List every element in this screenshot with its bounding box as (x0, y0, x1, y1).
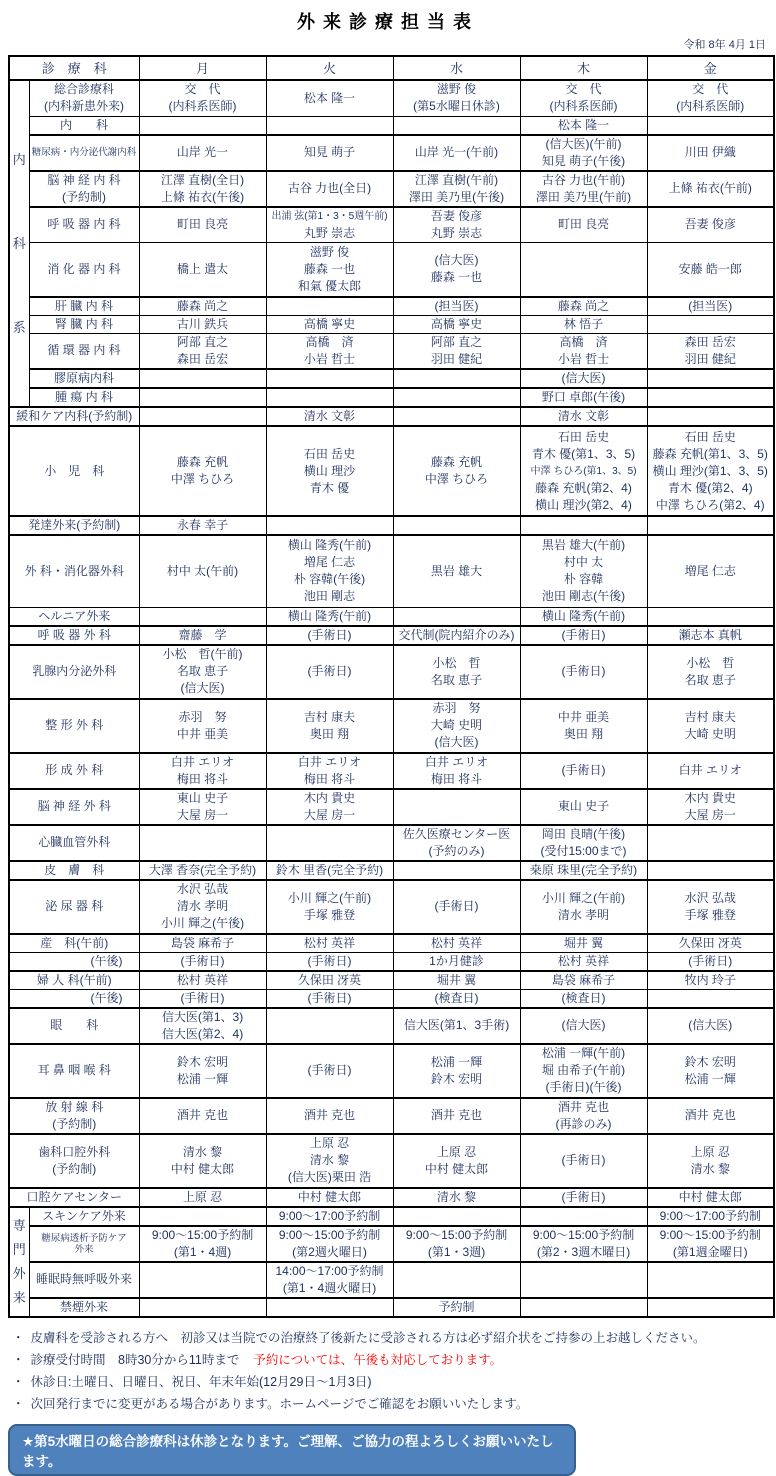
schedule-cell: 酒井 克也 (647, 1098, 774, 1134)
page-title: 外来診療担当表 (0, 0, 776, 36)
schedule-cell: 増尾 仁志 (647, 535, 774, 607)
footnote: ・休診日:土曜日、日曜日、祝日、年末年始(12月29日～1月3日) (12, 1371, 776, 1393)
schedule-cell (393, 607, 520, 626)
schedule-cell: 森田 岳宏羽田 健紀 (647, 333, 774, 369)
schedule-cell: (手術日) (647, 952, 774, 971)
schedule-cell (647, 388, 774, 407)
column-header-day-4: 金 (647, 56, 774, 80)
table-row: 婦 人 科(午前)松村 英祥久保田 冴英堀井 翼島袋 麻希子牧内 玲子 (9, 971, 774, 990)
schedule-cell: 清水 黎中村 健太郎 (139, 1134, 266, 1188)
schedule-cell: 牧内 玲子 (647, 971, 774, 990)
schedule-cell: 赤羽 努大崎 史明(信大医) (393, 699, 520, 753)
schedule-cell: (手術日) (266, 1044, 393, 1098)
schedule-cell (266, 369, 393, 388)
schedule-cell: 堀井 翼 (520, 934, 647, 953)
schedule-cell: 島袋 麻希子 (520, 971, 647, 990)
schedule-cell: 松村 英祥 (266, 934, 393, 953)
dept-label: 睡眠時無呼吸外来 (29, 1262, 139, 1298)
schedule-cell: 交 代(内科系医師) (520, 80, 647, 116)
schedule-cell (520, 516, 647, 535)
schedule-cell: 古谷 力也(全日) (266, 171, 393, 207)
schedule-cell (266, 297, 393, 316)
dept-label: 外 科・消化器外科 (9, 535, 139, 607)
schedule-cell: 鈴木 宏明松浦 一輝 (647, 1044, 774, 1098)
schedule-cell: 石田 岳史横山 理沙青木 優 (266, 426, 393, 516)
table-row: 乳腺内分泌外科小松 哲(午前)名取 恵子(信大医)(手術日)小松 哲名取 恵子(… (9, 645, 774, 699)
dept-label: 呼 吸 器 外 科 (9, 626, 139, 645)
table-row: 産 科(午前)島袋 麻希子松村 英祥松村 英祥堀井 翼久保田 冴英 (9, 934, 774, 953)
table-row: 緩和ケア内科(予約制)清水 文彰清水 文彰 (9, 407, 774, 426)
schedule-cell (393, 407, 520, 426)
table-row: 内科系総合診療科(内科新患外来)交 代(内科系医師)松本 隆一滋野 俊(第5水曜… (9, 80, 774, 116)
dept-label: 形 成 外 科 (9, 753, 139, 789)
table-row: 脳 神 経 内 科(予約制)江澤 直樹(全日)上條 祐衣(午後)古谷 力也(全日… (9, 171, 774, 207)
table-row: 膠原病内科(信大医) (9, 369, 774, 388)
schedule-cell: 酒井 克也 (393, 1098, 520, 1134)
schedule-cell: 白井 エリオ梅田 将斗 (266, 753, 393, 789)
schedule-cell: 古谷 力也(午前)澤田 美乃里(午前) (520, 171, 647, 207)
schedule-cell (647, 116, 774, 135)
schedule-cell: 白井 エリオ梅田 将斗 (393, 753, 520, 789)
schedule-cell: 白井 エリオ (647, 753, 774, 789)
schedule-cell: 高橋 寧史 (393, 315, 520, 333)
dept-label: 眼 科 (9, 1008, 139, 1044)
schedule-cell: 町田 良亮 (520, 207, 647, 243)
schedule-cell: 予約制 (393, 1298, 520, 1317)
schedule-cell: 東山 史子 (520, 789, 647, 825)
dept-label: 産 科(午前) (9, 934, 139, 953)
schedule-cell (393, 116, 520, 135)
schedule-cell: 小松 哲名取 恵子 (393, 645, 520, 699)
schedule-cell: 江澤 直樹(全日)上條 祐衣(午後) (139, 171, 266, 207)
schedule-cell: (信大医)藤森 一也 (393, 243, 520, 297)
column-header-dept: 診 療 科 (9, 56, 139, 80)
schedule-cell (647, 825, 774, 861)
schedule-cell (647, 607, 774, 626)
schedule-cell: 東山 史子大屋 房一 (139, 789, 266, 825)
table-row: 形 成 外 科白井 エリオ梅田 将斗白井 エリオ梅田 将斗白井 エリオ梅田 将斗… (9, 753, 774, 789)
schedule-cell: (検査日) (393, 989, 520, 1008)
table-row: 内 科松本 隆一 (9, 116, 774, 135)
dept-label: 小 児 科 (9, 426, 139, 516)
table-row: 歯科口腔外科(予約制)清水 黎中村 健太郎上原 忍清水 黎(信大医)栗田 浩上原… (9, 1134, 774, 1188)
schedule-cell (520, 1262, 647, 1298)
schedule-cell: 阿部 直之森田 岳宏 (139, 333, 266, 369)
schedule-cell: 吉村 康夫大崎 史明 (647, 699, 774, 753)
dept-label: 歯科口腔外科(予約制) (9, 1134, 139, 1188)
dept-label: スキンケア外来 (29, 1207, 139, 1226)
table-row: 専門外来スキンケア外来9:00～17:00予約制9:00～17:00予約制 (9, 1207, 774, 1226)
schedule-cell: 島袋 麻希子 (139, 934, 266, 953)
schedule-cell: 滋野 俊(第5水曜日休診) (393, 80, 520, 116)
schedule-cell: (手術日) (520, 1134, 647, 1188)
schedule-cell (647, 407, 774, 426)
schedule-cell: 14:00～17:00予約制(第1・4週火曜日) (266, 1262, 393, 1298)
schedule-cell: 酒井 克也 (139, 1098, 266, 1134)
table-row: 整 形 外 科赤羽 努中井 亜美吉村 康夫奥田 翔赤羽 努大崎 史明(信大医)中… (9, 699, 774, 753)
schedule-cell: 9:00～15:00予約制(第2・3週木曜日) (520, 1226, 647, 1262)
schedule-cell (139, 825, 266, 861)
column-header-day-1: 火 (266, 56, 393, 80)
dept-label: 乳腺内分泌外科 (9, 645, 139, 699)
schedule-cell: 小川 輝之(午前)清水 孝明 (520, 880, 647, 934)
schedule-cell (647, 516, 774, 535)
table-row: 外 科・消化器外科村中 太(午前)横山 隆秀(午前)増尾 仁志朴 容韓(午後)池… (9, 535, 774, 607)
schedule-cell (266, 1298, 393, 1317)
column-header-day-0: 月 (139, 56, 266, 80)
bullet-icon: ・ (12, 1353, 25, 1367)
table-row: 循 環 器 内 科阿部 直之森田 岳宏高橋 済小岩 哲士阿部 直之羽田 健紀高橋… (9, 333, 774, 369)
schedule-cell: 久保田 冴英 (266, 971, 393, 990)
dept-label: 総合診療科(内科新患外来) (29, 80, 139, 116)
schedule-cell: 橋上 遣太 (139, 243, 266, 297)
table-row: 腎 臓 内 科古川 鉄兵高橋 寧史高橋 寧史林 悟子 (9, 315, 774, 333)
column-header-day-3: 木 (520, 56, 647, 80)
schedule-cell: 齋藤 学 (139, 626, 266, 645)
schedule-cell (647, 315, 774, 333)
schedule-cell: (手術日) (520, 753, 647, 789)
schedule-cell: (手術日) (520, 1188, 647, 1207)
table-row: 皮 膚 科大澤 香奈(完全予約)鈴木 里香(完全予約)桒原 珠里(完全予約) (9, 861, 774, 880)
schedule-cell (139, 1207, 266, 1226)
schedule-cell: (担当医) (647, 297, 774, 316)
schedule-cell: (手術日) (520, 626, 647, 645)
schedule-cell: 上原 忍中村 健太郎 (393, 1134, 520, 1188)
table-row: 耳 鼻 咽 喉 科鈴木 宏明松浦 一輝(手術日)松浦 一輝鈴木 宏明松浦 一輝(… (9, 1044, 774, 1098)
schedule-cell: 上原 忍清水 黎 (647, 1134, 774, 1188)
schedule-cell: 水沢 弘哉手塚 雅登 (647, 880, 774, 934)
schedule-cell: 川田 伊織 (647, 135, 774, 171)
schedule-cell (393, 369, 520, 388)
table-row: 口腔ケアセンター上原 忍中村 健太郎清水 黎(手術日)中村 健太郎 (9, 1188, 774, 1207)
bullet-icon: ・ (12, 1397, 25, 1411)
schedule-cell: 小川 輝之(午前)手塚 雅登 (266, 880, 393, 934)
schedule-cell: 酒井 克也 (266, 1098, 393, 1134)
schedule-cell: 吉村 康夫奥田 翔 (266, 699, 393, 753)
schedule-cell: 9:00～17:00予約制 (647, 1207, 774, 1226)
schedule-cell: 石田 岳史青木 優(第1、3、5)中澤 ちひろ(第1、3、5)藤森 充帆(第2、… (520, 426, 647, 516)
schedule-cell (393, 388, 520, 407)
group-label-internal-medicine: 内科系 (9, 80, 29, 407)
schedule-cell: 永春 幸子 (139, 516, 266, 535)
dept-label: 腫 瘍 内 科 (29, 388, 139, 407)
schedule-cell: (信大医) (520, 1008, 647, 1044)
table-row: 脳 神 経 外 科東山 史子大屋 房一木内 貴史大屋 房一東山 史子木内 貴史大… (9, 789, 774, 825)
dept-label: 腎 臓 内 科 (29, 315, 139, 333)
table-row: 禁煙外来予約制 (9, 1298, 774, 1317)
dept-label: 緩和ケア内科(予約制) (9, 407, 139, 426)
schedule-cell: 黒岩 雄大 (393, 535, 520, 607)
schedule-cell: 高橋 寧史 (266, 315, 393, 333)
schedule-cell (393, 789, 520, 825)
schedule-cell (520, 1207, 647, 1226)
schedule-cell: 1か月健診 (393, 952, 520, 971)
schedule-cell: 信大医(第1、3)信大医(第2、4) (139, 1008, 266, 1044)
schedule-cell (520, 1298, 647, 1317)
dept-label: 糖尿病・内分泌代謝内科 (29, 135, 139, 171)
table-row: 眼 科信大医(第1、3)信大医(第2、4)信大医(第1、3手術)(信大医)(信大… (9, 1008, 774, 1044)
schedule-cell: (手術日) (139, 952, 266, 971)
schedule-cell: 久保田 冴英 (647, 934, 774, 953)
schedule-cell: 水沢 弘哉清水 孝明小川 輝之(午後) (139, 880, 266, 934)
schedule-cell: 交 代(内科系医師) (647, 80, 774, 116)
schedule-cell: 松浦 一輝(午前)堀 由希子(午前)(手術日)(午後) (520, 1044, 647, 1098)
column-header-day-2: 水 (393, 56, 520, 80)
schedule-cell: (信大医)(午前)知見 萌子(午後) (520, 135, 647, 171)
schedule-cell: 瀬志本 真帆 (647, 626, 774, 645)
schedule-cell: 黒岩 雄大(午前)村中 太朴 容韓池田 剛志(午後) (520, 535, 647, 607)
schedule-cell: (検査日) (520, 989, 647, 1008)
schedule-cell: 小松 哲名取 恵子 (647, 645, 774, 699)
table-row: 呼 吸 器 外 科齋藤 学(手術日)交代制(院内紹介のみ)(手術日)瀬志本 真帆 (9, 626, 774, 645)
schedule-cell: 横山 隆秀(午前) (266, 607, 393, 626)
schedule-cell: (担当医) (393, 297, 520, 316)
schedule-cell (647, 989, 774, 1008)
footnote: ・皮膚科を受診される方へ 初診又は当院での治療終了後新たに受診される方は必ず紹介… (12, 1327, 776, 1349)
dept-label: 肝 臓 内 科 (29, 297, 139, 316)
schedule-cell: 酒井 克也(再診のみ) (520, 1098, 647, 1134)
dept-label: 皮 膚 科 (9, 861, 139, 880)
schedule-cell (266, 1008, 393, 1044)
schedule-cell: 上原 忍清水 黎(信大医)栗田 浩 (266, 1134, 393, 1188)
footnote: ・診療受付時間 8時30分から11時まで予約については、午後も対応しております。 (12, 1349, 776, 1371)
schedule-cell: 松村 英祥 (520, 952, 647, 971)
dept-label: 禁煙外来 (29, 1298, 139, 1317)
schedule-cell: 知見 萌子 (266, 135, 393, 171)
schedule-cell: 小松 哲(午前)名取 恵子(信大医) (139, 645, 266, 699)
table-row: 心臓血管外科佐久医療センター医(予約のみ)岡田 良晴(午後)(受付15:00まで… (9, 825, 774, 861)
schedule-cell (139, 369, 266, 388)
schedule-cell: 鈴木 里香(完全予約) (266, 861, 393, 880)
dept-label: ヘルニア外来 (9, 607, 139, 626)
dept-label: 婦 人 科(午前) (9, 971, 139, 990)
schedule-cell: 9:00～15:00予約制(第1・3週) (393, 1226, 520, 1262)
schedule-cell (266, 516, 393, 535)
table-row: 放 射 線 科(予約制)酒井 克也酒井 克也酒井 克也酒井 克也(再診のみ)酒井… (9, 1098, 774, 1134)
table-row: 肝 臓 内 科藤森 尚之(担当医)藤森 尚之(担当医) (9, 297, 774, 316)
schedule-cell: (手術日) (266, 989, 393, 1008)
schedule-cell: 中村 健太郎 (647, 1188, 774, 1207)
schedule-cell: 山岸 光一 (139, 135, 266, 171)
header-row: 診 療 科月火水木金 (9, 56, 774, 80)
group-label-specialty-outpatient: 専門外来 (9, 1207, 29, 1317)
schedule-cell: 石田 岳史藤森 充帆(第1、3、5)横山 理沙(第1、3、5)青木 優(第2、4… (647, 426, 774, 516)
schedule-cell: 藤森 充帆中澤 ちひろ (393, 426, 520, 516)
schedule-cell: 村中 太(午前) (139, 535, 266, 607)
dept-label: 放 射 線 科(予約制) (9, 1098, 139, 1134)
schedule-cell: (信大医) (647, 1008, 774, 1044)
schedule-cell (266, 116, 393, 135)
schedule-cell: 安藤 皓一郎 (647, 243, 774, 297)
schedule-cell: 白井 エリオ梅田 将斗 (139, 753, 266, 789)
dept-label: 脳 神 経 内 科(予約制) (29, 171, 139, 207)
schedule-cell: 吾妻 俊彦 (647, 207, 774, 243)
dept-label: 糖尿病透析予防ケア外来 (29, 1226, 139, 1262)
dept-label: (午後) (9, 952, 139, 971)
schedule-cell: 上原 忍 (139, 1188, 266, 1207)
schedule-cell: 林 悟子 (520, 315, 647, 333)
table-row: 小 児 科藤森 充帆中澤 ちひろ石田 岳史横山 理沙青木 優藤森 充帆中澤 ちひ… (9, 426, 774, 516)
schedule-cell: (手術日) (520, 645, 647, 699)
schedule-cell (139, 116, 266, 135)
schedule-cell (393, 1207, 520, 1226)
schedule-cell: 高橋 済小岩 哲士 (266, 333, 393, 369)
schedule-cell: 野口 卓郎(午後) (520, 388, 647, 407)
bullet-icon: ・ (12, 1375, 25, 1389)
schedule-cell: 岡田 良晴(午後)(受付15:00まで) (520, 825, 647, 861)
footnote: ・次回発行までに変更がある場合があります。ホームページでご確認をお願いいたします… (12, 1393, 776, 1415)
schedule-cell: 横山 隆秀(午前)増尾 仁志朴 容韓(午後)池田 剛志 (266, 535, 393, 607)
schedule-cell: 9:00～15:00予約制(第1・4週) (139, 1226, 266, 1262)
schedule-cell: 松本 隆一 (520, 116, 647, 135)
schedule-cell (393, 861, 520, 880)
schedule-cell (647, 1262, 774, 1298)
schedule-cell: 9:00～17:00予約制 (266, 1207, 393, 1226)
footnote-highlight: 予約については、午後も対応しております。 (253, 1353, 502, 1367)
schedule-table: 診 療 科月火水木金 内科系総合診療科(内科新患外来)交 代(内科系医師)松本 … (8, 55, 775, 1318)
table-row: 糖尿病透析予防ケア外来9:00～15:00予約制(第1・4週)9:00～15:0… (9, 1226, 774, 1262)
schedule-cell: 木内 貴史大屋 房一 (266, 789, 393, 825)
schedule-cell: 藤森 尚之 (520, 297, 647, 316)
schedule-cell (266, 825, 393, 861)
table-body: 内科系総合診療科(内科新患外来)交 代(内科系医師)松本 隆一滋野 俊(第5水曜… (9, 80, 774, 1317)
schedule-cell: 中村 健太郎 (266, 1188, 393, 1207)
schedule-cell: 阿部 直之羽田 健紀 (393, 333, 520, 369)
schedule-cell: 清水 文彰 (266, 407, 393, 426)
table-row: 睡眠時無呼吸外来14:00～17:00予約制(第1・4週火曜日) (9, 1262, 774, 1298)
schedule-cell (520, 243, 647, 297)
schedule-cell: 古川 鉄兵 (139, 315, 266, 333)
schedule-cell: 交 代(内科系医師) (139, 80, 266, 116)
schedule-cell (139, 388, 266, 407)
dept-label: 脳 神 経 外 科 (9, 789, 139, 825)
schedule-cell: 松村 英祥 (139, 971, 266, 990)
schedule-cell: 中井 亜美奥田 翔 (520, 699, 647, 753)
schedule-cell: 大澤 香奈(完全予約) (139, 861, 266, 880)
schedule-cell: 藤森 充帆中澤 ちひろ (139, 426, 266, 516)
schedule-cell (139, 1262, 266, 1298)
date-label: 令和 8年 4月 1日 (0, 36, 766, 52)
dept-label: 膠原病内科 (29, 369, 139, 388)
footnotes: ・皮膚科を受診される方へ 初診又は当院での治療終了後新たに受診される方は必ず紹介… (12, 1327, 776, 1415)
schedule-cell: 赤羽 努中井 亜美 (139, 699, 266, 753)
schedule-cell: 上條 祐衣(午前) (647, 171, 774, 207)
schedule-cell (139, 607, 266, 626)
dept-label: 整 形 外 科 (9, 699, 139, 753)
dept-label: 泌 尿 器 科 (9, 880, 139, 934)
dept-label: 発達外来(予約制) (9, 516, 139, 535)
notice-banner: ★第5水曜日の総合診療科は休診となります。ご理解、ご協力の程よろしくお願いいたし… (8, 1424, 576, 1476)
schedule-cell: 町田 良亮 (139, 207, 266, 243)
dept-label: 心臓血管外科 (9, 825, 139, 861)
table-row: ヘルニア外来横山 隆秀(午前)横山 隆秀(午前) (9, 607, 774, 626)
dept-label: 口腔ケアセンター (9, 1188, 139, 1207)
schedule-cell: 9:00～15:00予約制(第2週火曜日) (266, 1226, 393, 1262)
table-row: (午後)(手術日)(手術日)(検査日)(検査日) (9, 989, 774, 1008)
dept-label: 内 科 (29, 116, 139, 135)
dept-label: 消 化 器 内 科 (29, 243, 139, 297)
schedule-cell: 藤森 尚之 (139, 297, 266, 316)
schedule-cell (266, 388, 393, 407)
table-header: 診 療 科月火水木金 (9, 56, 774, 80)
dept-label: 循 環 器 内 科 (29, 333, 139, 369)
schedule-cell: 松本 隆一 (266, 80, 393, 116)
schedule-cell: 松浦 一輝鈴木 宏明 (393, 1044, 520, 1098)
schedule-cell: (手術日) (266, 645, 393, 699)
schedule-cell: 松村 英祥 (393, 934, 520, 953)
dept-label: 呼 吸 器 内 科 (29, 207, 139, 243)
schedule-cell: (信大医) (520, 369, 647, 388)
table-row: 泌 尿 器 科水沢 弘哉清水 孝明小川 輝之(午後)小川 輝之(午前)手塚 雅登… (9, 880, 774, 934)
schedule-cell: 堀井 翼 (393, 971, 520, 990)
schedule-cell (647, 1298, 774, 1317)
schedule-cell (139, 1298, 266, 1317)
schedule-cell: 木内 貴史大屋 房一 (647, 789, 774, 825)
table-row: 腫 瘍 内 科野口 卓郎(午後) (9, 388, 774, 407)
schedule-cell: 出浦 弦(第1・3・5週午前)丸野 崇志 (266, 207, 393, 243)
table-row: 呼 吸 器 内 科町田 良亮出浦 弦(第1・3・5週午前)丸野 崇志吾妻 俊彦丸… (9, 207, 774, 243)
schedule-cell: 横山 隆秀(午前) (520, 607, 647, 626)
schedule-cell: 江澤 直樹(午前)澤田 美乃里(午後) (393, 171, 520, 207)
schedule-cell: 高橋 済小岩 哲士 (520, 333, 647, 369)
schedule-cell (393, 516, 520, 535)
dept-label: 耳 鼻 咽 喉 科 (9, 1044, 139, 1098)
schedule-cell: (手術日) (266, 952, 393, 971)
schedule-cell: (手術日) (393, 880, 520, 934)
schedule-cell (139, 407, 266, 426)
table-row: 糖尿病・内分泌代謝内科山岸 光一知見 萌子山岸 光一(午前)(信大医)(午前)知… (9, 135, 774, 171)
schedule-cell: 交代制(院内紹介のみ) (393, 626, 520, 645)
schedule-cell: (手術日) (139, 989, 266, 1008)
schedule-cell (647, 861, 774, 880)
schedule-cell: 清水 黎 (393, 1188, 520, 1207)
schedule-cell: 桒原 珠里(完全予約) (520, 861, 647, 880)
schedule-cell: 佐久医療センター医(予約のみ) (393, 825, 520, 861)
schedule-cell: 清水 文彰 (520, 407, 647, 426)
schedule-cell (393, 1262, 520, 1298)
dept-label: (午後) (9, 989, 139, 1008)
schedule-cell: 鈴木 宏明松浦 一輝 (139, 1044, 266, 1098)
schedule-cell: 9:00～15:00予約制(第1週金曜日) (647, 1226, 774, 1262)
table-row: (午後)(手術日)(手術日)1か月健診松村 英祥(手術日) (9, 952, 774, 971)
table-row: 発達外来(予約制)永春 幸子 (9, 516, 774, 535)
schedule-cell: 滋野 俊藤森 一也和氣 優太郎 (266, 243, 393, 297)
schedule-cell: 山岸 光一(午前) (393, 135, 520, 171)
bullet-icon: ・ (12, 1331, 25, 1345)
schedule-cell: (手術日) (266, 626, 393, 645)
schedule-cell: 信大医(第1、3手術) (393, 1008, 520, 1044)
schedule-cell: 吾妻 俊彦丸野 崇志 (393, 207, 520, 243)
schedule-cell (647, 369, 774, 388)
table-row: 消 化 器 内 科橋上 遣太滋野 俊藤森 一也和氣 優太郎(信大医)藤森 一也安… (9, 243, 774, 297)
